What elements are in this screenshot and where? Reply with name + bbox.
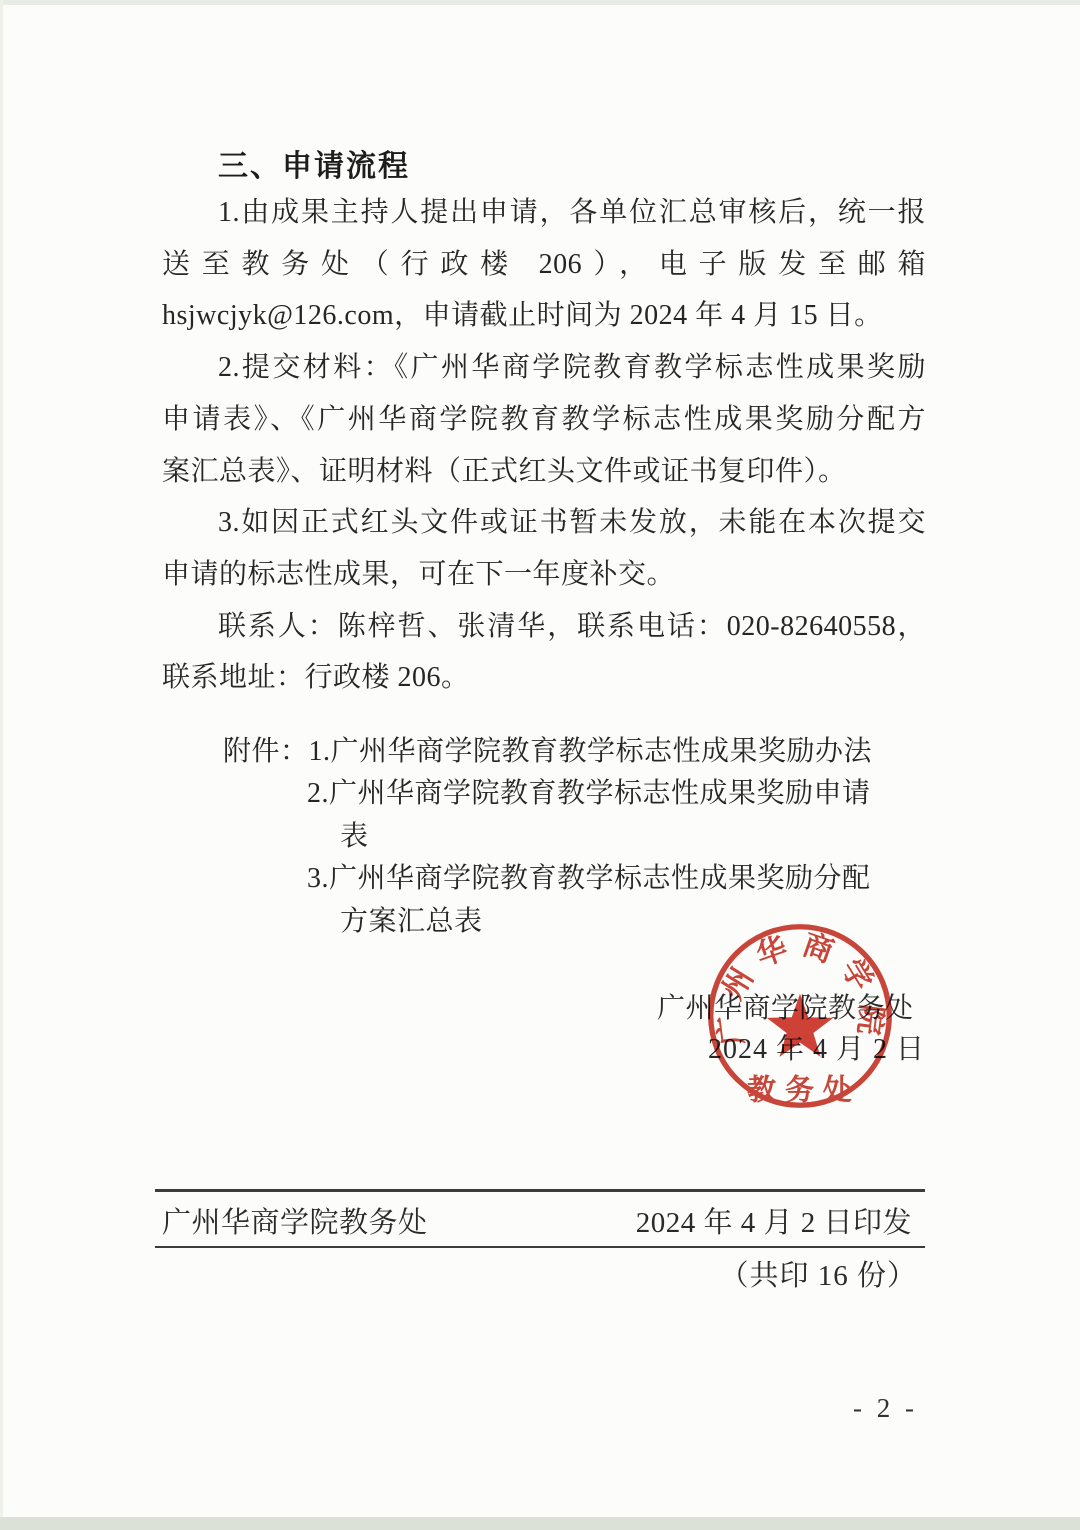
scan-edge-top (0, 0, 1080, 5)
copies-note: （共印 16 份） (719, 1253, 917, 1294)
paragraph-2-line-1: 2.提交材料：《广州华商学院教育教学标志性成果奖励 (162, 342, 926, 394)
body-text: 1.由成果主持人提出申请，各单位汇总审核后，统一报 送至教务处（行政楼 206）… (162, 187, 926, 704)
attachment-item-2: 2.广州华商学院教育教学标志性成果奖励申请 (162, 773, 942, 815)
contact-line-2: 联系地址：行政楼 206。 (162, 652, 926, 704)
seal-graphic: 广州华商学院 教务处 (703, 919, 897, 1113)
paragraph-2-line-3: 案汇总表》、证明材料（正式红头文件或证书复印件）。 (162, 446, 926, 498)
attachment-item-1: 附件：1.广州华商学院教育教学标志性成果奖励办法 (162, 731, 942, 773)
attachment-2-number: 2. (307, 778, 329, 809)
seal-star-icon (767, 994, 833, 1057)
attachments-label: 附件： (223, 736, 309, 767)
footer-issuer: 广州华商学院教务处 (162, 1200, 428, 1241)
official-seal: 广州华商学院 教务处 (703, 919, 897, 1113)
scan-edge-bottom (0, 1517, 1080, 1530)
attachment-1-number: 1. (309, 736, 331, 767)
footer-issue-date: 2024 年 4 月 2 日印发 (636, 1200, 912, 1241)
attachment-item-2-wrap: 表 (162, 816, 942, 858)
document-page: 三、申请流程 1.由成果主持人提出申请，各单位汇总审核后，统一报 送至教务处（行… (0, 0, 1080, 1530)
paragraph-1-line-2: 送至教务处（行政楼 206），电子版发至邮箱 (162, 239, 926, 291)
page-number: - 2 - (853, 1393, 918, 1424)
attachments-list: 附件：1.广州华商学院教育教学标志性成果奖励办法 2.广州华商学院教育教学标志性… (162, 731, 942, 943)
section-heading: 三、申请流程 (218, 141, 410, 185)
seal-bottom-label: 教务处 (747, 1073, 860, 1106)
attachment-item-3: 3.广州华商学院教育教学标志性成果奖励分配 (162, 858, 942, 900)
paragraph-3-line-1: 3.如因正式红头文件或证书暂未发放，未能在本次提交 (162, 497, 926, 549)
footer-top-rule (155, 1189, 925, 1192)
paragraph-2-line-2: 申请表》、《广州华商学院教育教学标志性成果奖励分配方 (162, 394, 926, 446)
paragraph-3-line-2: 申请的标志性成果，可在下一年度补交。 (162, 549, 926, 601)
attachment-3-title: 广州华商学院教育教学标志性成果奖励分配 (329, 863, 871, 894)
attachment-1-title: 广州华商学院教育教学标志性成果奖励办法 (331, 736, 873, 767)
scan-edge-left (0, 0, 3, 1530)
attachment-2-title: 广州华商学院教育教学标志性成果奖励申请 (329, 778, 871, 809)
attachment-3-number: 3. (307, 863, 329, 894)
paragraph-1-line-3: hsjwcjyk@126.com，申请截止时间为 2024 年 4 月 15 日… (162, 290, 926, 342)
footer-bottom-rule (155, 1246, 925, 1248)
contact-line-1: 联系人：陈梓哲、张清华，联系电话：020-82640558， (162, 601, 926, 653)
footer-issue-row: 广州华商学院教务处 2024 年 4 月 2 日印发 (162, 1200, 912, 1241)
paragraph-1-line-1: 1.由成果主持人提出申请，各单位汇总审核后，统一报 (162, 187, 926, 239)
